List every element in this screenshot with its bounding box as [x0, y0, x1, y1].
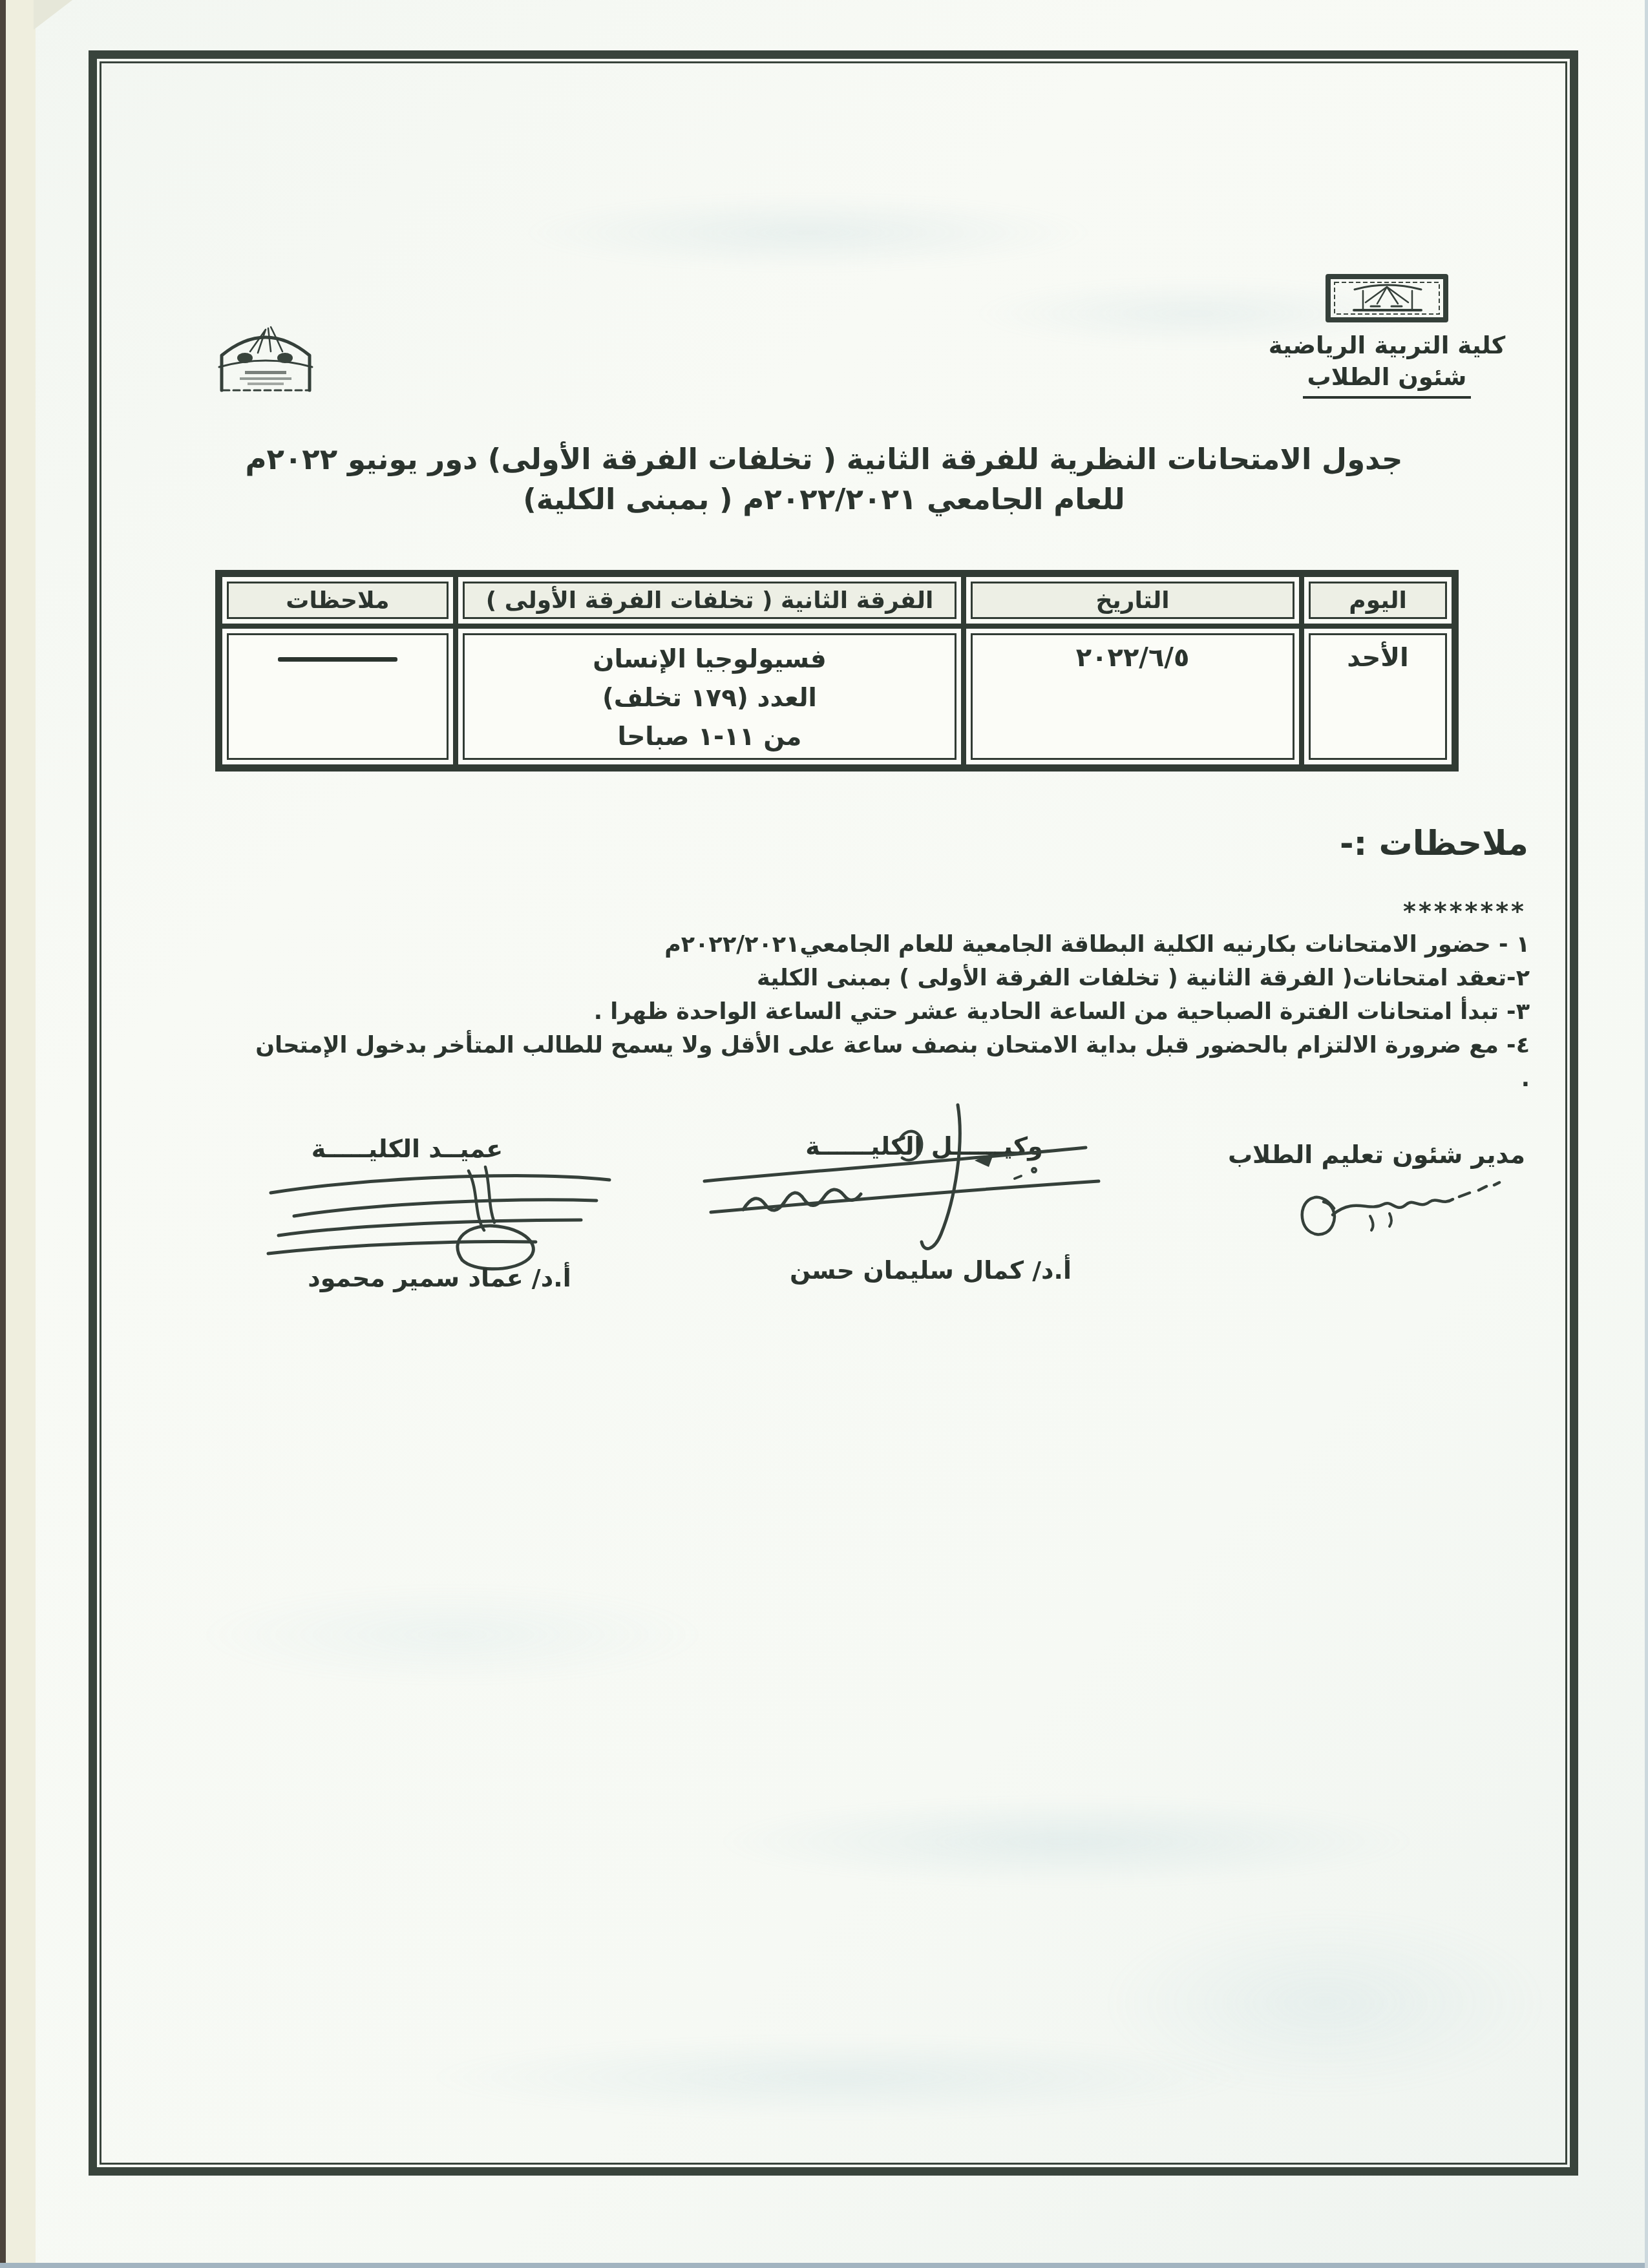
day-value: الأحد [1311, 635, 1445, 673]
document-title-line2: للعام الجامعي ٢٠٢٢/٢٠٢١م ( بمبنى الكلية) [213, 479, 1435, 520]
exam-schedule-table: اليوم الأحد التاريخ ٢٠٢٢/٦/٥ الفرقة الثا… [215, 570, 1459, 772]
signature-title-student-affairs-director: مدير شئون تعليم الطلاب [1228, 1140, 1525, 1169]
header-cell-date: التاريخ [966, 577, 1299, 629]
header-cell-subject: الفرقة الثانية ( تخلفات الفرقة الأولى ) [458, 577, 961, 629]
note-item: ٢-تعقد امتحانات( الفرقة الثانية ( تخلفات… [246, 961, 1530, 995]
subject-time: من ١١-١ صباحا [465, 718, 955, 757]
letterhead-right: كلية التربية الرياضية شئون الطلاب [1267, 274, 1507, 399]
body-cell-subject: فسيولوجيا الإنسان العدد (١٧٩ تخلف) من ١١… [458, 629, 961, 764]
subject-count: العدد (١٧٩ تخلف) [465, 679, 955, 718]
header-notes-label: ملاحظات [227, 582, 449, 619]
header-date-label: التاريخ [971, 582, 1294, 619]
note-item: ٣- تبدأ امتحانات الفترة الصباحية من السا… [246, 995, 1530, 1029]
notes-dash [278, 657, 397, 662]
notes-stars: ******** [1403, 897, 1527, 925]
document-title-line1: جدول الامتحانات النظرية للفرقة الثانية (… [213, 439, 1435, 479]
signature-name-dean: أ.د/ عماد سمير محمود [288, 1264, 591, 1292]
date-value: ٢٠٢٢/٦/٥ [973, 635, 1293, 673]
column-day: اليوم الأحد [1299, 577, 1452, 764]
body-cell-date: ٢٠٢٢/٦/٥ [966, 629, 1299, 764]
faculty-logo-icon [215, 318, 316, 394]
signature-title-dean: عميــد الكليـــــة [304, 1135, 511, 1163]
column-subject: الفرقة الثانية ( تخلفات الفرقة الأولى ) … [453, 577, 961, 764]
signature-vice-dean [698, 1102, 1125, 1264]
signature-dean [255, 1162, 624, 1275]
header-cell-notes: ملاحظات [222, 577, 453, 629]
note-item: ٤- مع ضرورة الالتزام بالحضور قبل بداية ا… [246, 1029, 1530, 1096]
scan-edge-bottom [0, 2263, 1648, 2268]
body-cell-notes [222, 629, 453, 764]
column-date: التاريخ ٢٠٢٢/٦/٥ [961, 577, 1299, 764]
notes-heading: ملاحظات :- [1340, 824, 1528, 863]
scanned-document-page: { "colors":{"ink":"#2b342e","frame":"#39… [0, 0, 1648, 2268]
paper-fold [34, 0, 72, 30]
document-title: جدول الامتحانات النظرية للفرقة الثانية (… [213, 439, 1435, 520]
scan-edge-left [0, 0, 6, 2268]
note-item: ١ - حضور الامتحانات بكارنيه الكلية البطا… [246, 928, 1530, 961]
body-cell-day: الأحد [1304, 629, 1452, 764]
header-cell-day: اليوم [1304, 577, 1452, 629]
signature-student-affairs-director [1293, 1177, 1506, 1252]
faculty-name: كلية التربية الرياضية [1267, 331, 1507, 359]
scan-edge-band [6, 0, 36, 2268]
signature-name-vice-dean: أ.د/ كمال سليمان حسن [763, 1256, 1099, 1285]
subject-name: فسيولوجيا الإنسان [465, 640, 955, 679]
scan-edge-right [1645, 0, 1648, 2268]
notes-list: ١ - حضور الامتحانات بكارنيه الكلية البطا… [246, 928, 1530, 1096]
header-day-label: اليوم [1309, 582, 1447, 619]
column-notes: ملاحظات [222, 577, 453, 764]
header-subject-label: الفرقة الثانية ( تخلفات الفرقة الأولى ) [463, 582, 956, 619]
college-stamp-icon [1326, 274, 1448, 322]
department-name: شئون الطلاب [1303, 363, 1470, 399]
